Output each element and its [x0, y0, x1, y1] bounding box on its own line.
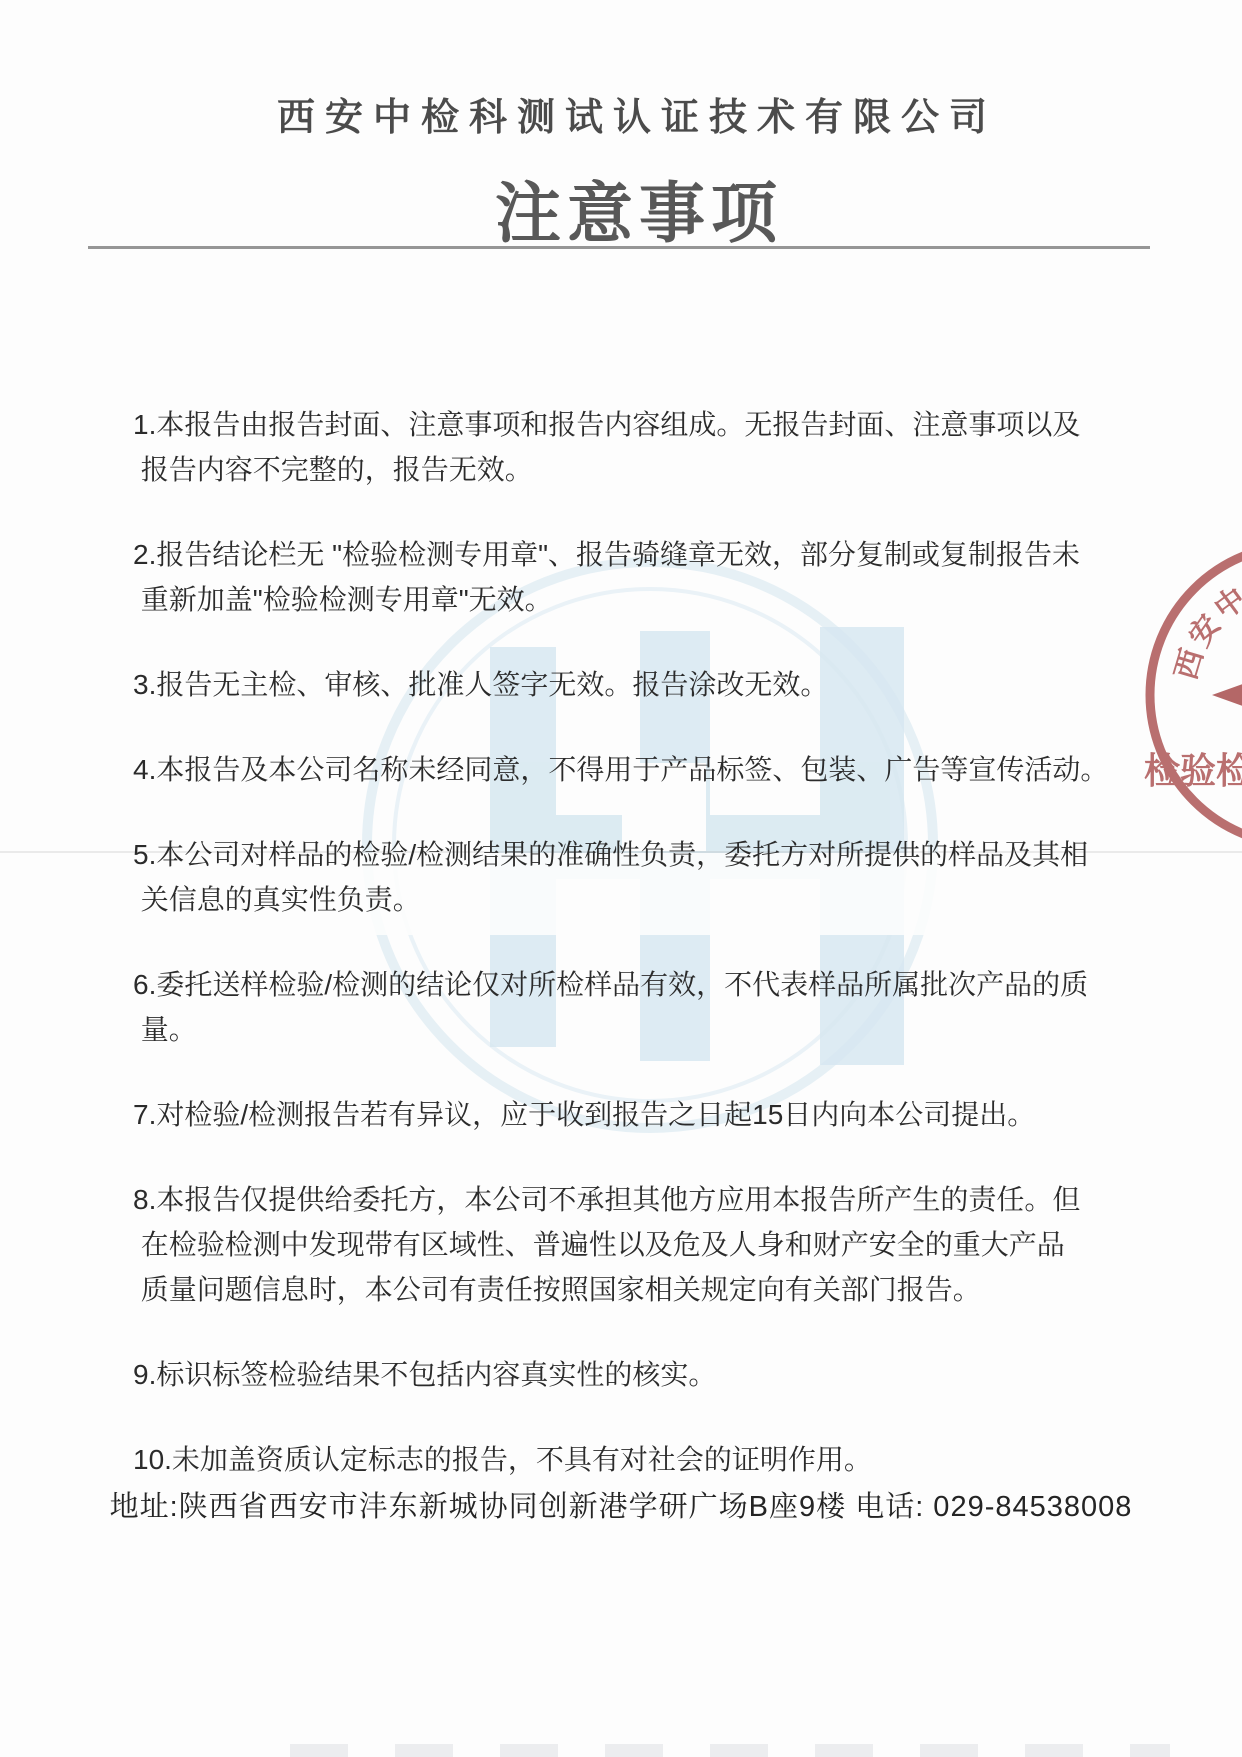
notice-item-7: 7.对检验/检测报告若有异议，应于收到报告之日起15日内向本公司提出。 [133, 1092, 1145, 1137]
notice-item-5: 5.本公司对样品的检验/检测结果的准确性负责，委托方对所提供的样品及其相 关信息… [133, 832, 1145, 922]
notice-item-4: 4.本报告及本公司名称未经同意，不得用于产品标签、包装、广告等宣传活动。 [133, 747, 1145, 792]
seal-label-text: 检验检测专用章 [1144, 750, 1242, 791]
company-seal-stamp-icon: 西安中检科测试认证技术有限公司 检验检测专用章 [1120, 515, 1242, 875]
notice-item-8: 8.本报告仅提供给委托方，本公司不承担其他方应用本报告所产生的责任。但 在检验检… [133, 1177, 1145, 1312]
next-page-bleed-artifact [290, 1744, 1170, 1757]
notice-item-6: 6.委托送样检验/检测的结论仅对所检样品有效，不代表样品所属批次产品的质 量。 [133, 962, 1145, 1052]
page-title: 注意事项 [18, 160, 1242, 255]
notice-item-1: 1.本报告由报告封面、注意事项和报告内容组成。无报告封面、注意事项以及 报告内容… [133, 402, 1145, 492]
notice-item-10: 10.未加盖资质认定标志的报告，不具有对社会的证明作用。 [133, 1437, 1145, 1482]
scanned-report-notice-page: 西安中检科测试认证技术有限公司 注意事项 1.本报告由报告封面、注意事项和报告内… [0, 0, 1242, 1757]
company-name-heading: 西安中检科测试认证技术有限公司 [16, 86, 1242, 141]
notice-item-9: 9.标识标签检验结果不包括内容真实性的核实。 [133, 1352, 1145, 1397]
notice-item-3: 3.报告无主检、审核、批准人签字无效。报告涂改无效。 [133, 662, 1145, 707]
notice-list: 1.本报告由报告封面、注意事项和报告内容组成。无报告封面、注意事项以及 报告内容… [133, 402, 1145, 1522]
notice-item-2: 2.报告结论栏无 "检验检测专用章"、报告骑缝章无效，部分复制或复制报告未 重新… [133, 532, 1145, 622]
address-phone-footer: 地址:陕西省西安市沣东新城协同创新港学研广场B座9楼 电话: 029-84538… [0, 1484, 1242, 1525]
